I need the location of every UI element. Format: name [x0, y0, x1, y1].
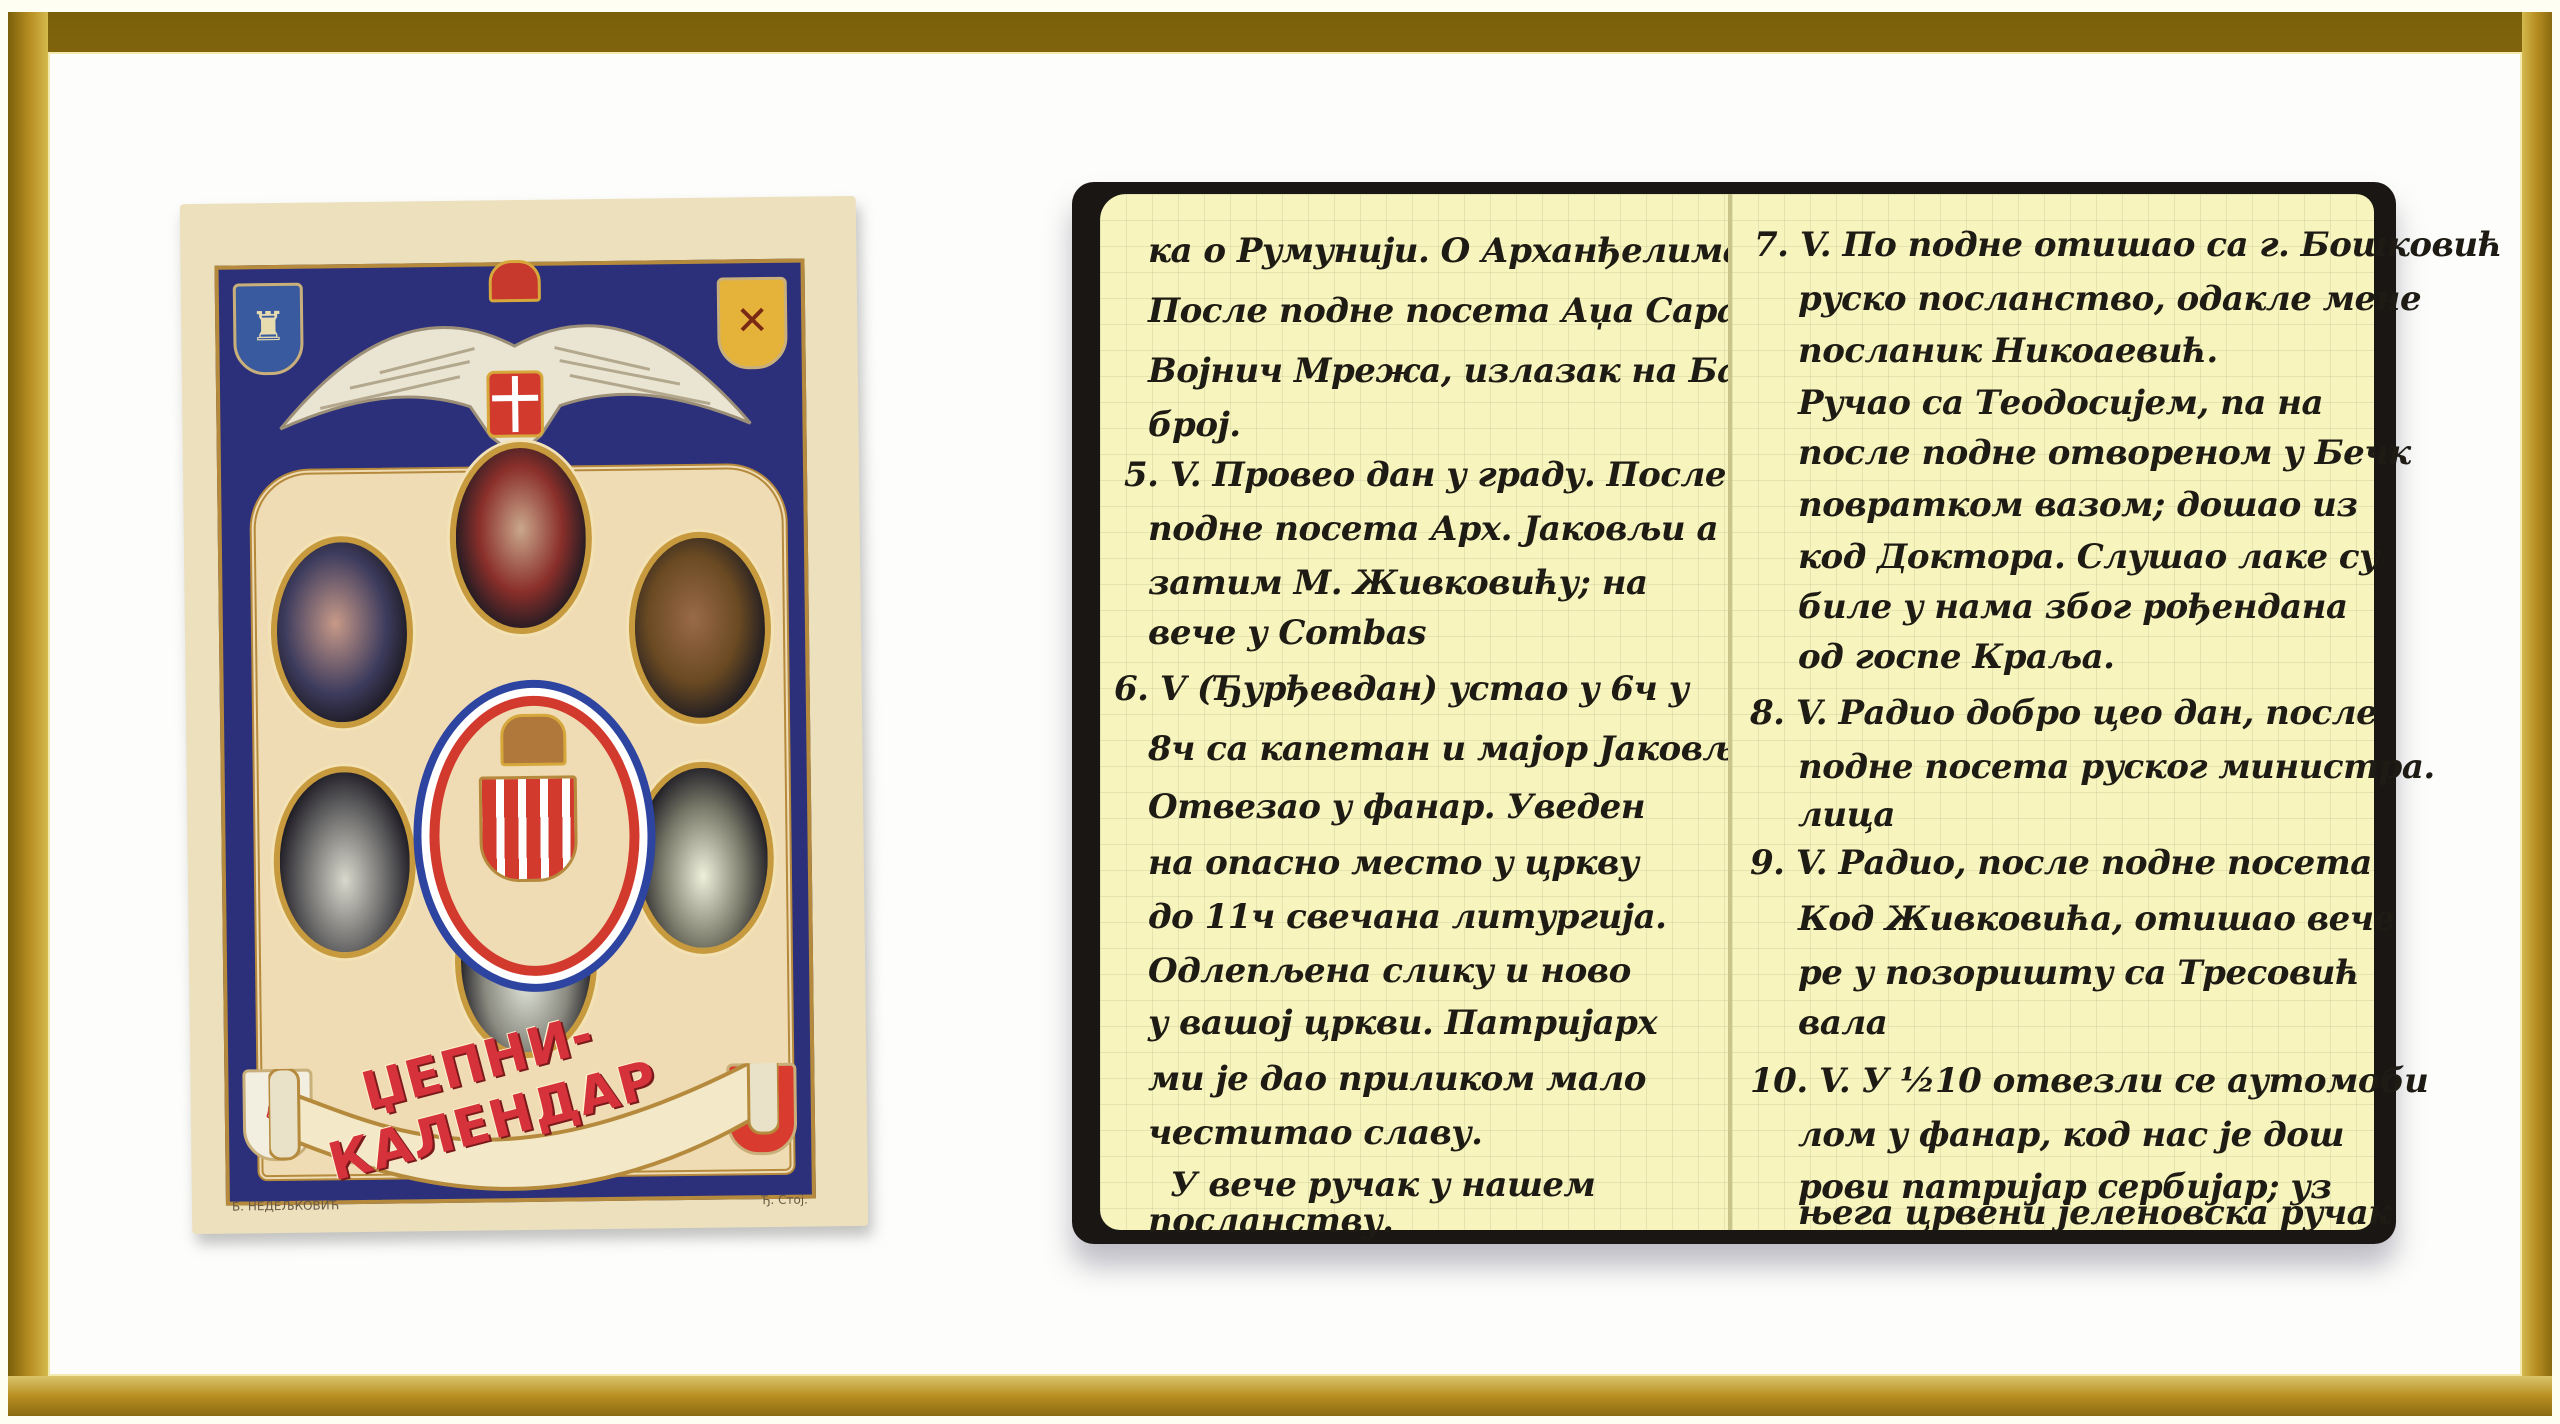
- frame-bottom-edge: [8, 1376, 2552, 1416]
- diary-line: подне посета Арх. Јаковљи а: [1148, 500, 1718, 558]
- diary-line: од госпе Краља.: [1798, 628, 2114, 686]
- portrait-queen: [270, 535, 414, 729]
- diary-line: до 11ч свечана литургија.: [1148, 888, 1666, 946]
- diary-line: њега црвени јеленовска ручак: [1798, 1196, 2391, 1230]
- frame-left-edge: [8, 12, 48, 1416]
- diary-line: ми је дао приликом мало: [1148, 1050, 1646, 1108]
- diary-line: посланству.: [1148, 1206, 1393, 1236]
- diary-line: честитао славу.: [1148, 1104, 1482, 1162]
- diary-right-page: 7. V. По подне отишао са г. Бошковић рус…: [1732, 194, 2374, 1230]
- diary-line: на опасно место у цркву: [1148, 834, 1639, 892]
- diary-line: вече у Combas: [1148, 604, 1426, 662]
- diary-line: 8ч са капетан и мајор Јаковљ.: [1148, 720, 1748, 778]
- diary-left-page: ка о Румунији. О Арханђелима После подне…: [1100, 194, 1728, 1230]
- diary-line: Војнич Мрежа, излазак на Бари.: [1148, 342, 1797, 400]
- diary-line: у вашој цркви. Патријарх: [1148, 994, 1657, 1052]
- diary-line: повратком вазом; дошао из: [1798, 476, 2358, 534]
- diary-line: руско посланство, одакле мене: [1798, 270, 2421, 328]
- portrait-child-left: [273, 765, 417, 959]
- diary-line: Одлепљена слику и ново: [1148, 942, 1631, 1000]
- diary-line: Отвезао у фанар. Уведен: [1148, 778, 1645, 836]
- calendar-signature: Ђ. Стој.: [761, 1193, 808, 1208]
- pocket-calendar-cover: ♜ ✕ ♞ ☾ ЏЕПНИ-КАЛЕНДАР Б. НЕДЕЉКОВИЋ Ђ.: [180, 196, 869, 1234]
- diary-line: лом у фанар, код нас је дош: [1798, 1106, 2344, 1164]
- diary-entry-may-7: 7. V. По подне отишао са г. Бошковић: [1754, 216, 2502, 274]
- shield-checkered-icon: [479, 775, 578, 882]
- calendar-publisher-imprint: Б. НЕДЕЉКОВИЋ: [232, 1198, 339, 1213]
- diary-line: после подне отвореном у Бечк: [1798, 424, 2411, 482]
- diary-line: После подне посета Аџа Сарај: [1148, 282, 1750, 340]
- diary-line: вала: [1798, 994, 1887, 1052]
- diary-line: ка о Румунији. О Арханђелима: [1148, 222, 1744, 280]
- diary-line: Код Живковића, отишао вече: [1798, 890, 2395, 948]
- diary-line: посланик Никоаевић.: [1798, 322, 2218, 380]
- handwritten-diary-notebook: ка о Румунији. О Арханђелима После подне…: [1072, 182, 2396, 1244]
- crown-icon: [500, 713, 567, 766]
- crown-icon: [488, 260, 541, 303]
- portrait-child-right: [631, 761, 775, 955]
- frame-right-edge: [2522, 12, 2552, 1416]
- diary-entry-may-8: 8. V. Радио добро цео дан, после: [1750, 684, 2377, 742]
- diary-entry-may-10: 10. V. У ½10 отвезли се аутомоби: [1750, 1052, 2428, 1110]
- portrait-king: [449, 441, 593, 635]
- portrait-prince: [628, 531, 772, 725]
- diary-entry-may-9: 9. V. Радио, после подне посета: [1750, 834, 2372, 892]
- diary-entry-may-6: 6. V (Ђурђевдан) устао у 6ч у: [1114, 660, 1689, 718]
- diary-entry-may-5: 5. V. Провео дан у граду. После: [1124, 446, 1726, 504]
